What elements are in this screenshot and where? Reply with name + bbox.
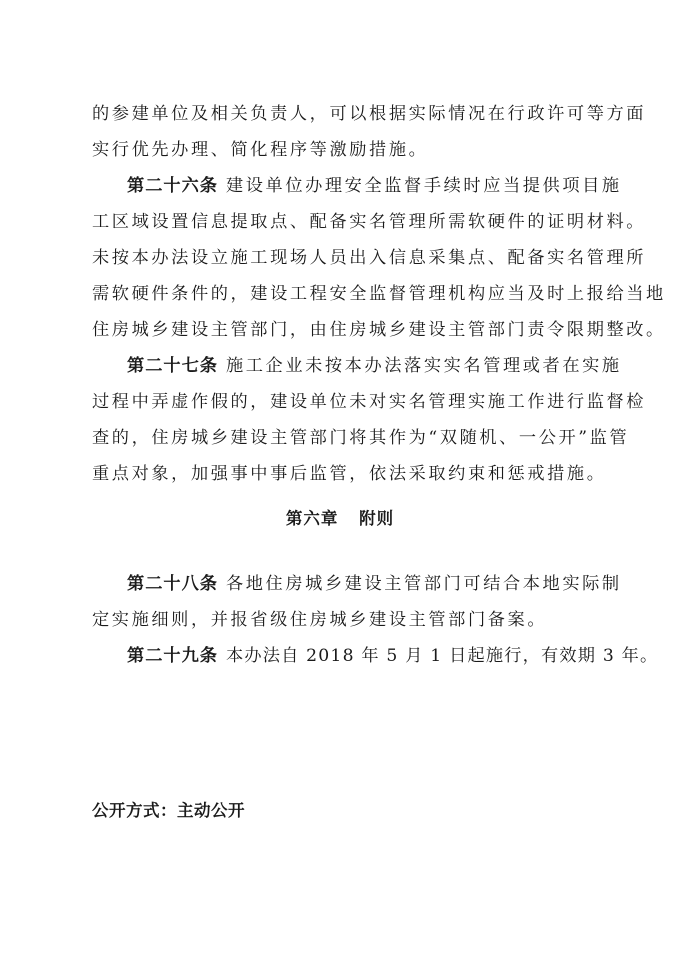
text-line: 工区域设置信息提取点、配备实名管理所需软硬件的证明材料。	[92, 211, 592, 233]
text-line: 定实施细则，并报省级住房城乡建设主管部门备案。	[92, 609, 592, 631]
disclosure-method: 公开方式：主动公开	[92, 797, 245, 821]
text-line: 未按本办法设立施工现场人员出入信息采集点、配备实名管理所	[92, 247, 592, 269]
text-line: 需软硬件条件的，建设工程安全监督管理机构应当及时上报给当地	[92, 283, 592, 305]
article-number: 第二十六条	[127, 176, 218, 196]
article-number: 第二十八条	[127, 574, 218, 594]
text-line: 实行优先办理、简化程序等激励措施。	[92, 139, 592, 161]
article-number: 第二十七条	[127, 356, 218, 376]
article-26-first-line: 第二十六条建设单位办理安全监督手续时应当提供项目施	[127, 175, 592, 197]
chapter-heading: 第六章 附则	[0, 505, 680, 529]
text-line: 重点对象，加强事中事后监管，依法采取约束和惩戒措施。	[92, 463, 592, 485]
text-line: 过程中弄虚作假的，建设单位未对实名管理实施工作进行监督检	[92, 391, 592, 413]
text-line: 建设单位办理安全监督手续时应当提供项目施	[226, 176, 622, 196]
text-line: 住房城乡建设主管部门，由住房城乡建设主管部门责令限期整改。	[92, 319, 592, 341]
text-line: 各地住房城乡建设主管部门可结合本地实际制	[226, 574, 622, 594]
text-line: 施工企业未按本办法落实实名管理或者在实施	[226, 356, 622, 376]
article-29-line: 第二十九条本办法自 2018 年 5 月 1 日起施行，有效期 3 年。	[127, 645, 592, 667]
text-line: 本办法自 2018 年 5 月 1 日起施行，有效期 3 年。	[226, 646, 658, 666]
text-line: 查的，住房城乡建设主管部门将其作为“双随机、一公开”监管	[92, 427, 592, 449]
text-line: 的参建单位及相关负责人，可以根据实际情况在行政许可等方面	[92, 103, 592, 125]
document-page: 的参建单位及相关负责人，可以根据实际情况在行政许可等方面 实行优先办理、简化程序…	[0, 0, 680, 962]
article-28-first-line: 第二十八条各地住房城乡建设主管部门可结合本地实际制	[127, 573, 592, 595]
article-27-first-line: 第二十七条施工企业未按本办法落实实名管理或者在实施	[127, 355, 592, 377]
article-number: 第二十九条	[127, 646, 218, 666]
